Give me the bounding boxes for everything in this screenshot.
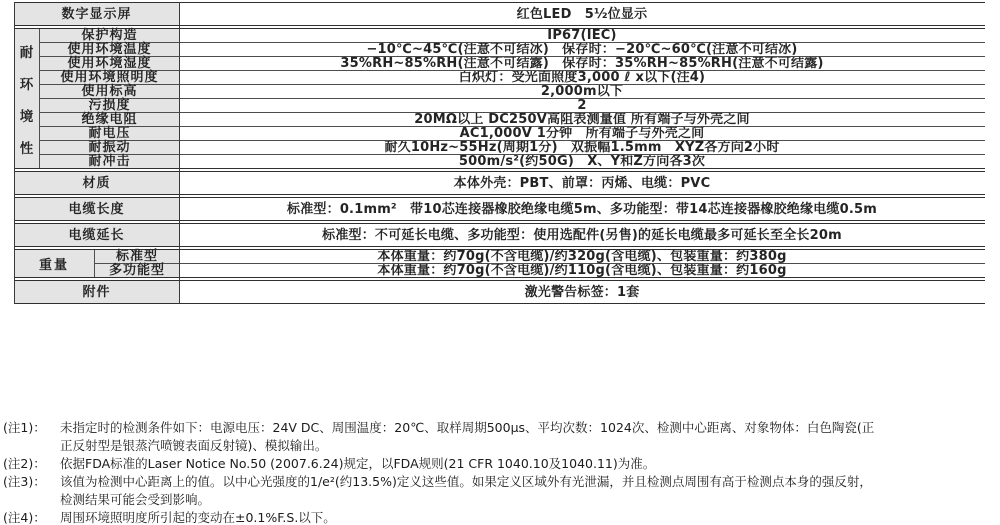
row-value-ambient-illuminance: 白炽灯：受光面照度3,000 ℓ x以下(注4) <box>179 71 985 84</box>
footnote-3-text: 该值为检测中心距离上的值。以中心光强度的1/e²(约13.5%)定义这些值。如果… <box>60 473 997 509</box>
row-value-cable-length: 标准型：0.1mm² 带10芯连接器橡胶绝缘电缆5m、多功能型：带14芯连接器橡… <box>179 198 985 220</box>
table-row: 使用环境照明度 白炽灯：受光面照度3,000 ℓ x以下(注4) <box>40 70 985 84</box>
environment-char: 性 <box>20 137 34 157</box>
row-label-ambient-humidity: 使用环境湿度 <box>40 57 179 70</box>
table-row: 使用环境温度 −10℃~45℃(注意不可结冰) 保存时：−20℃~60℃(注意不… <box>40 42 985 56</box>
table-row: 使用环境湿度 35%RH~85%RH(注意不可结露) 保存时：35%RH~85%… <box>40 56 985 70</box>
table-row: 数字显示屏 红色LED 5½位显示 <box>14 3 985 25</box>
environment-char: 环 <box>20 73 34 93</box>
table-row: 电缆延长 标准型：不可延长电缆、多功能型：使用选配件(另售)的延长电缆最多可延长… <box>14 224 985 246</box>
row-value-insulation-resistance: 20MΩ以上 DC250V高阻表测量值 所有端子与外壳之间 <box>179 113 985 126</box>
table-left-border <box>14 2 15 304</box>
row-label-withstand-voltage: 耐电压 <box>40 127 179 140</box>
weight-group-label: 重量 <box>14 250 95 277</box>
weight-rows: 标准型 本体重量：约70g(不含电缆)/约320g(含电缆)、包装重量：约380… <box>95 250 985 277</box>
row-label-cable-extension: 电缆延长 <box>14 224 179 246</box>
row-value-ambient-humidity: 35%RH~85%RH(注意不可结露) 保存时：35%RH~85%RH(注意不可… <box>179 57 985 70</box>
row-value-protection: IP67(IEC) <box>179 29 985 42</box>
footnote-1-tag: (注1)： <box>3 419 60 455</box>
group-cable-extension: 电缆延长 标准型：不可延长电缆、多功能型：使用选配件(另售)的延长电缆最多可延长… <box>14 223 985 247</box>
row-value-weight-standard: 本体重量：约70g(不含电缆)/约320g(含电缆)、包装重量：约380g <box>179 250 985 263</box>
table-row: 保护构造 IP67(IEC) <box>40 29 985 42</box>
row-value-vibration-resistance: 耐久10Hz~55Hz(周期1分) 双振幅1.5mm XYZ各方向2小时 <box>179 141 985 154</box>
spec-sheet-page: 数字显示屏 红色LED 5½位显示 耐 环 境 性 保护构造 IP67(IEC)… <box>0 0 1000 525</box>
row-label-weight-standard: 标准型 <box>95 250 179 263</box>
table-row: 附件 激光警告标签：1套 <box>14 281 985 303</box>
group-material: 材质 本体外壳：PBT、前罩：丙烯、电缆：PVC <box>14 171 985 195</box>
row-label-accessory: 附件 <box>14 281 179 303</box>
row-label-protection: 保护构造 <box>40 29 179 42</box>
row-value-material: 本体外壳：PBT、前罩：丙烯、电缆：PVC <box>179 172 985 194</box>
group-weight: 重量 标准型 本体重量：约70g(不含电缆)/约320g(含电缆)、包装重量：约… <box>14 249 985 278</box>
row-label-vibration-resistance: 耐振动 <box>40 141 179 154</box>
row-label-material: 材质 <box>14 172 179 194</box>
footnote-2: (注2)： 依据FDA标准的Laser Notice No.50 (2007.6… <box>3 455 997 473</box>
row-value-pollution-degree: 2 <box>179 99 985 112</box>
row-value-weight-multifunction: 本体重量：约70g(不含电缆)/约110g(含电缆)、包装重量：约160g <box>179 264 985 277</box>
table-row: 电缆长度 标准型：0.1mm² 带10芯连接器橡胶绝缘电缆5m、多功能型：带14… <box>14 198 985 220</box>
footnote-2-text: 依据FDA标准的Laser Notice No.50 (2007.6.24)规定… <box>60 455 997 473</box>
row-label-digital-display: 数字显示屏 <box>14 3 179 25</box>
group-cable-length: 电缆长度 标准型：0.1mm² 带10芯连接器橡胶绝缘电缆5m、多功能型：带14… <box>14 197 985 221</box>
row-value-digital-display: 红色LED 5½位显示 <box>179 3 985 25</box>
footnote-1: (注1)： 未指定时的检测条件如下：电源电压：24V DC、周围温度：20℃、取… <box>3 419 997 455</box>
table-row: 耐振动 耐久10Hz~55Hz(周期1分) 双振幅1.5mm XYZ各方向2小时 <box>40 140 985 154</box>
row-value-ambient-temperature: −10℃~45℃(注意不可结冰) 保存时：−20℃~60℃(注意不可结冰) <box>179 43 985 56</box>
environment-rows: 保护构造 IP67(IEC) 使用环境温度 −10℃~45℃(注意不可结冰) 保… <box>40 29 985 168</box>
row-label-cable-length: 电缆长度 <box>14 198 179 220</box>
table-row: 绝缘电阻 20MΩ以上 DC250V高阻表测量值 所有端子与外壳之间 <box>40 112 985 126</box>
row-label-weight-multifunction: 多功能型 <box>95 264 179 277</box>
footnote-3: (注3)： 该值为检测中心距离上的值。以中心光强度的1/e²(约13.5%)定义… <box>3 473 997 509</box>
row-label-ambient-temperature: 使用环境温度 <box>40 43 179 56</box>
environment-char: 耐 <box>20 41 34 61</box>
spec-table: 数字显示屏 红色LED 5½位显示 耐 环 境 性 保护构造 IP67(IEC)… <box>14 2 985 304</box>
environment-group-label: 耐 环 境 性 <box>14 29 40 168</box>
footnote-3-tag: (注3)： <box>3 473 60 509</box>
footnote-4-text: 周围环境照明度所引起的变动在±0.1%F.S.以下。 <box>60 509 997 525</box>
group-accessory: 附件 激光警告标签：1套 <box>14 280 985 304</box>
row-label-insulation-resistance: 绝缘电阻 <box>40 113 179 126</box>
footnote-1-text: 未指定时的检测条件如下：电源电压：24V DC、周围温度：20℃、取样周期500… <box>60 419 997 455</box>
row-label-pollution-degree: 污损度 <box>40 99 179 112</box>
table-row: 材质 本体外壳：PBT、前罩：丙烯、电缆：PVC <box>14 172 985 194</box>
row-value-withstand-voltage: AC1,000V 1分钟 所有端子与外壳之间 <box>179 127 985 140</box>
group-environment-resistance: 耐 环 境 性 保护构造 IP67(IEC) 使用环境温度 −10℃~45℃(注… <box>14 28 985 169</box>
footnote-4-tag: (注4)： <box>3 509 60 525</box>
row-value-accessory: 激光警告标签：1套 <box>179 281 985 303</box>
table-row: 多功能型 本体重量：约70g(不含电缆)/约110g(含电缆)、包装重量：约16… <box>95 263 985 277</box>
row-label-shock-resistance: 耐冲击 <box>40 155 179 168</box>
table-row: 污损度 2 <box>40 98 985 112</box>
group-digital-display: 数字显示屏 红色LED 5½位显示 <box>14 2 985 26</box>
footnote-2-tag: (注2)： <box>3 455 60 473</box>
row-value-cable-extension: 标准型：不可延长电缆、多功能型：使用选配件(另售)的延长电缆最多可延长至全长20… <box>179 224 985 246</box>
row-value-shock-resistance: 500m/s²(约50G) X、Y和Z方向各3次 <box>179 155 985 168</box>
table-row: 耐冲击 500m/s²(约50G) X、Y和Z方向各3次 <box>40 154 985 168</box>
row-label-ambient-illuminance: 使用环境照明度 <box>40 71 179 84</box>
table-row: 标准型 本体重量：约70g(不含电缆)/约320g(含电缆)、包装重量：约380… <box>95 250 985 263</box>
row-value-altitude: 2,000m以下 <box>179 85 985 98</box>
table-row: 耐电压 AC1,000V 1分钟 所有端子与外壳之间 <box>40 126 985 140</box>
table-row: 使用标高 2,000m以下 <box>40 84 985 98</box>
label-value-divider <box>179 2 180 304</box>
environment-char: 境 <box>20 105 34 125</box>
footnote-4: (注4)： 周围环境照明度所引起的变动在±0.1%F.S.以下。 <box>3 509 997 525</box>
footnotes: (注1)： 未指定时的检测条件如下：电源电压：24V DC、周围温度：20℃、取… <box>3 419 997 525</box>
row-label-altitude: 使用标高 <box>40 85 179 98</box>
